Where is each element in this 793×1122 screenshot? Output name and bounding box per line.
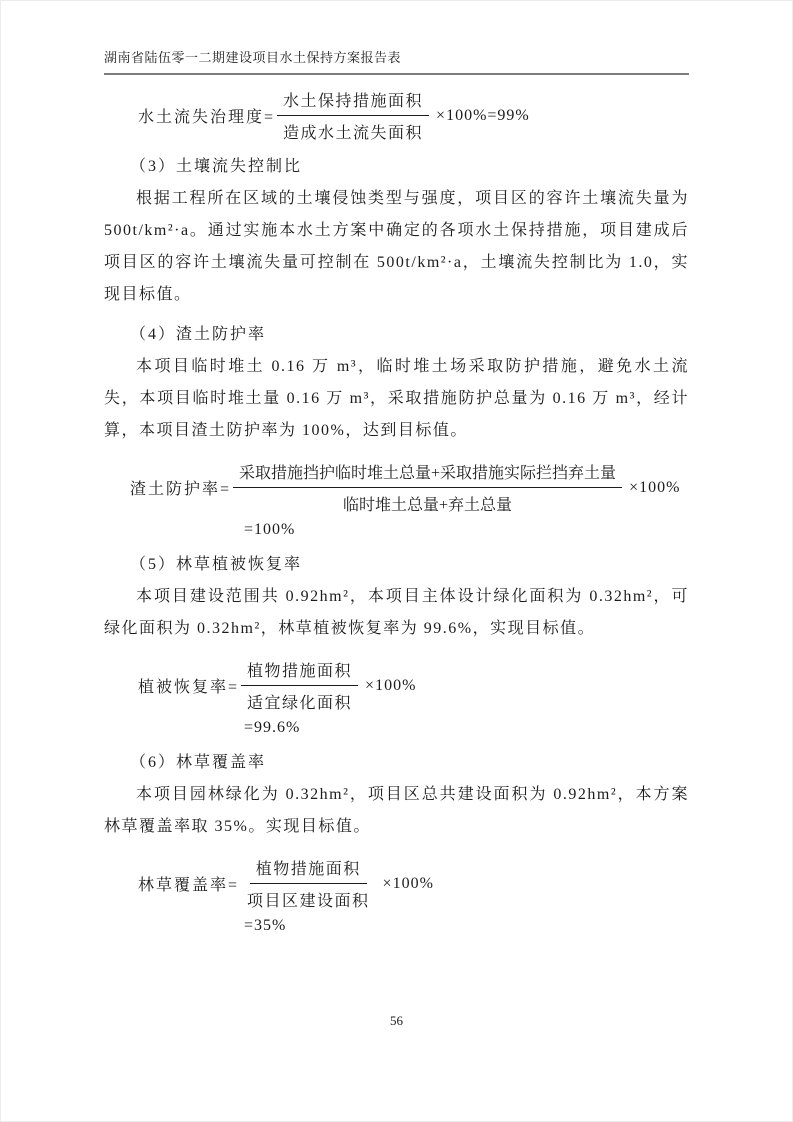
fraction: 采取措施挡护临时堆土总量+采取措施实际拦挡弃土量 临时堆土总量+弃土总量 <box>233 460 622 515</box>
fraction-denominator: 项目区建设面积 <box>241 884 376 911</box>
section-heading-3: （3）土壤流失控制比 <box>130 151 689 183</box>
formula-result: =35% <box>244 917 689 935</box>
fraction: 植物措施面积 适宜绿化面积 <box>241 658 358 713</box>
formula-label: 渣土防护率= <box>130 476 231 499</box>
formula-result: =100% <box>244 521 689 539</box>
section-heading-5: （5）林草植被恢复率 <box>130 549 689 581</box>
fraction-denominator: 造成水土流失面积 <box>277 116 429 143</box>
fraction-numerator: 植物措施面积 <box>250 856 367 884</box>
page-header-title: 湖南省陆伍零一二期建设项目水土保持方案报告表 <box>104 47 689 75</box>
formula-soil-erosion-control-degree: 水土流失治理度= 水土保持措施面积 造成水土流失面积 ×100%=99% <box>138 88 689 143</box>
fraction-numerator: 水土保持措施面积 <box>277 88 429 116</box>
section-paragraph-6: 本项目园林绿化为 0.32hm²，项目区总共建设面积为 0.92hm²，本方案林… <box>104 779 689 843</box>
fraction: 水土保持措施面积 造成水土流失面积 <box>277 88 429 143</box>
formula-vegetation-restoration-rate: 植被恢复率= 植物措施面积 适宜绿化面积 ×100% <box>138 658 689 713</box>
formula-forest-grass-coverage-rate: 林草覆盖率= 植物措施面积 项目区建设面积 ×100% <box>138 856 689 911</box>
formula-suffix: ×100% <box>383 875 434 893</box>
formula-spoil-protection-rate: 渣土防护率= 采取措施挡护临时堆土总量+采取措施实际拦挡弃土量 临时堆土总量+弃… <box>130 460 689 515</box>
section-heading-6: （6）林草覆盖率 <box>130 747 689 779</box>
section-paragraph-4: 本项目临时堆土 0.16 万 m³，临时堆土场采取防护措施，避免水土流失，本项目… <box>104 351 689 447</box>
document-page: 湖南省陆伍零一二期建设项目水土保持方案报告表 水土流失治理度= 水土保持措施面积… <box>0 0 793 1122</box>
fraction: 植物措施面积 项目区建设面积 <box>241 856 376 911</box>
formula-result: =99.6% <box>244 719 689 737</box>
formula-suffix: ×100% <box>365 677 416 695</box>
section-heading-4: （4）渣土防护率 <box>130 319 689 351</box>
formula-label: 水土流失治理度= <box>138 104 275 127</box>
fraction-denominator: 适宜绿化面积 <box>241 686 358 713</box>
fraction-numerator: 植物措施面积 <box>241 658 358 686</box>
formula-label: 林草覆盖率= <box>138 872 239 895</box>
page-number: 56 <box>1 1013 792 1029</box>
fraction-numerator: 采取措施挡护临时堆土总量+采取措施实际拦挡弃土量 <box>233 460 622 488</box>
formula-suffix: ×100%=99% <box>436 107 530 125</box>
formula-label: 植被恢复率= <box>138 674 239 697</box>
formula-suffix: ×100% <box>629 479 680 497</box>
section-paragraph-5: 本项目建设范围共 0.92hm²，本项目主体设计绿化面积为 0.32hm²，可绿… <box>104 581 689 645</box>
section-paragraph-3: 根据工程所在区域的土壤侵蚀类型与强度，项目区的容许土壤流失量为500t/km²·… <box>104 183 689 311</box>
fraction-denominator: 临时堆土总量+弃土总量 <box>337 488 518 515</box>
